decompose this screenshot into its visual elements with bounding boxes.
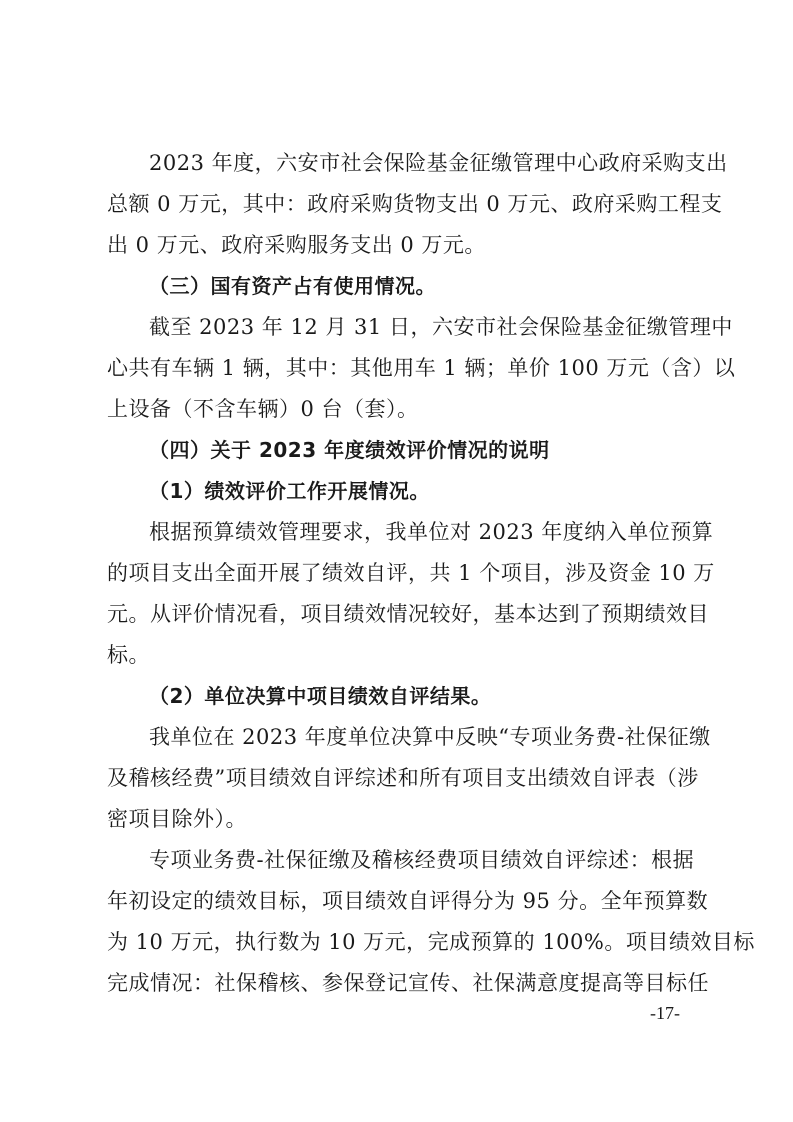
section-heading: （三）国有资产占有使用情况。 — [149, 266, 436, 307]
body-line: 年初设定的绩效目标，项目绩效自评得分为 95 分。全年预算数 — [107, 881, 692, 922]
subsection-heading: （1）绩效评价工作开展情况。 — [149, 471, 430, 512]
body-line: 的项目支出全面开展了绩效自评，共 1 个项目，涉及资金 10 万 — [107, 553, 692, 594]
section-heading: （四）关于 2023 年度绩效评价情况的说明 — [149, 430, 550, 471]
body-line: 2023 年度，六安市社会保险基金征缴管理中心政府采购支出 — [149, 143, 692, 184]
body-line: 我单位在 2023 年度单位决算中反映“专项业务费-社保征缴 — [149, 717, 692, 758]
body-line: 根据预算绩效管理要求，我单位对 2023 年度纳入单位预算 — [149, 512, 692, 553]
body-line: 元。从评价情况看，项目绩效情况较好，基本达到了预期绩效目 — [107, 594, 692, 635]
body-line: 为 10 万元，执行数为 10 万元，完成预算的 100%。项目绩效目标 — [107, 922, 692, 963]
body-line: 密项目除外）。 — [107, 799, 692, 840]
body-line: 完成情况：社保稽核、参保登记宣传、社保满意度提高等目标任 — [107, 963, 692, 1004]
body-line: 截至 2023 年 12 月 31 日，六安市社会保险基金征缴管理中 — [149, 307, 692, 348]
body-line: 标。 — [107, 635, 692, 676]
body-line: 总额 0 万元，其中：政府采购货物支出 0 万元、政府采购工程支 — [107, 184, 692, 225]
body-line: 专项业务费-社保征缴及稽核经费项目绩效自评综述：根据 — [149, 840, 692, 881]
subsection-heading: （2）单位决算中项目绩效自评结果。 — [149, 676, 491, 717]
page-number: -17- — [650, 1003, 680, 1024]
body-line: 出 0 万元、政府采购服务支出 0 万元。 — [107, 225, 692, 266]
document-page: 2023 年度，六安市社会保险基金征缴管理中心政府采购支出 总额 0 万元，其中… — [0, 0, 793, 1122]
body-line: 心共有车辆 1 辆，其中：其他用车 1 辆；单价 100 万元（含）以 — [107, 348, 692, 389]
body-line: 及稽核经费”项目绩效自评综述和所有项目支出绩效自评表（涉 — [107, 758, 692, 799]
body-line: 上设备（不含车辆）0 台（套）。 — [107, 389, 692, 430]
